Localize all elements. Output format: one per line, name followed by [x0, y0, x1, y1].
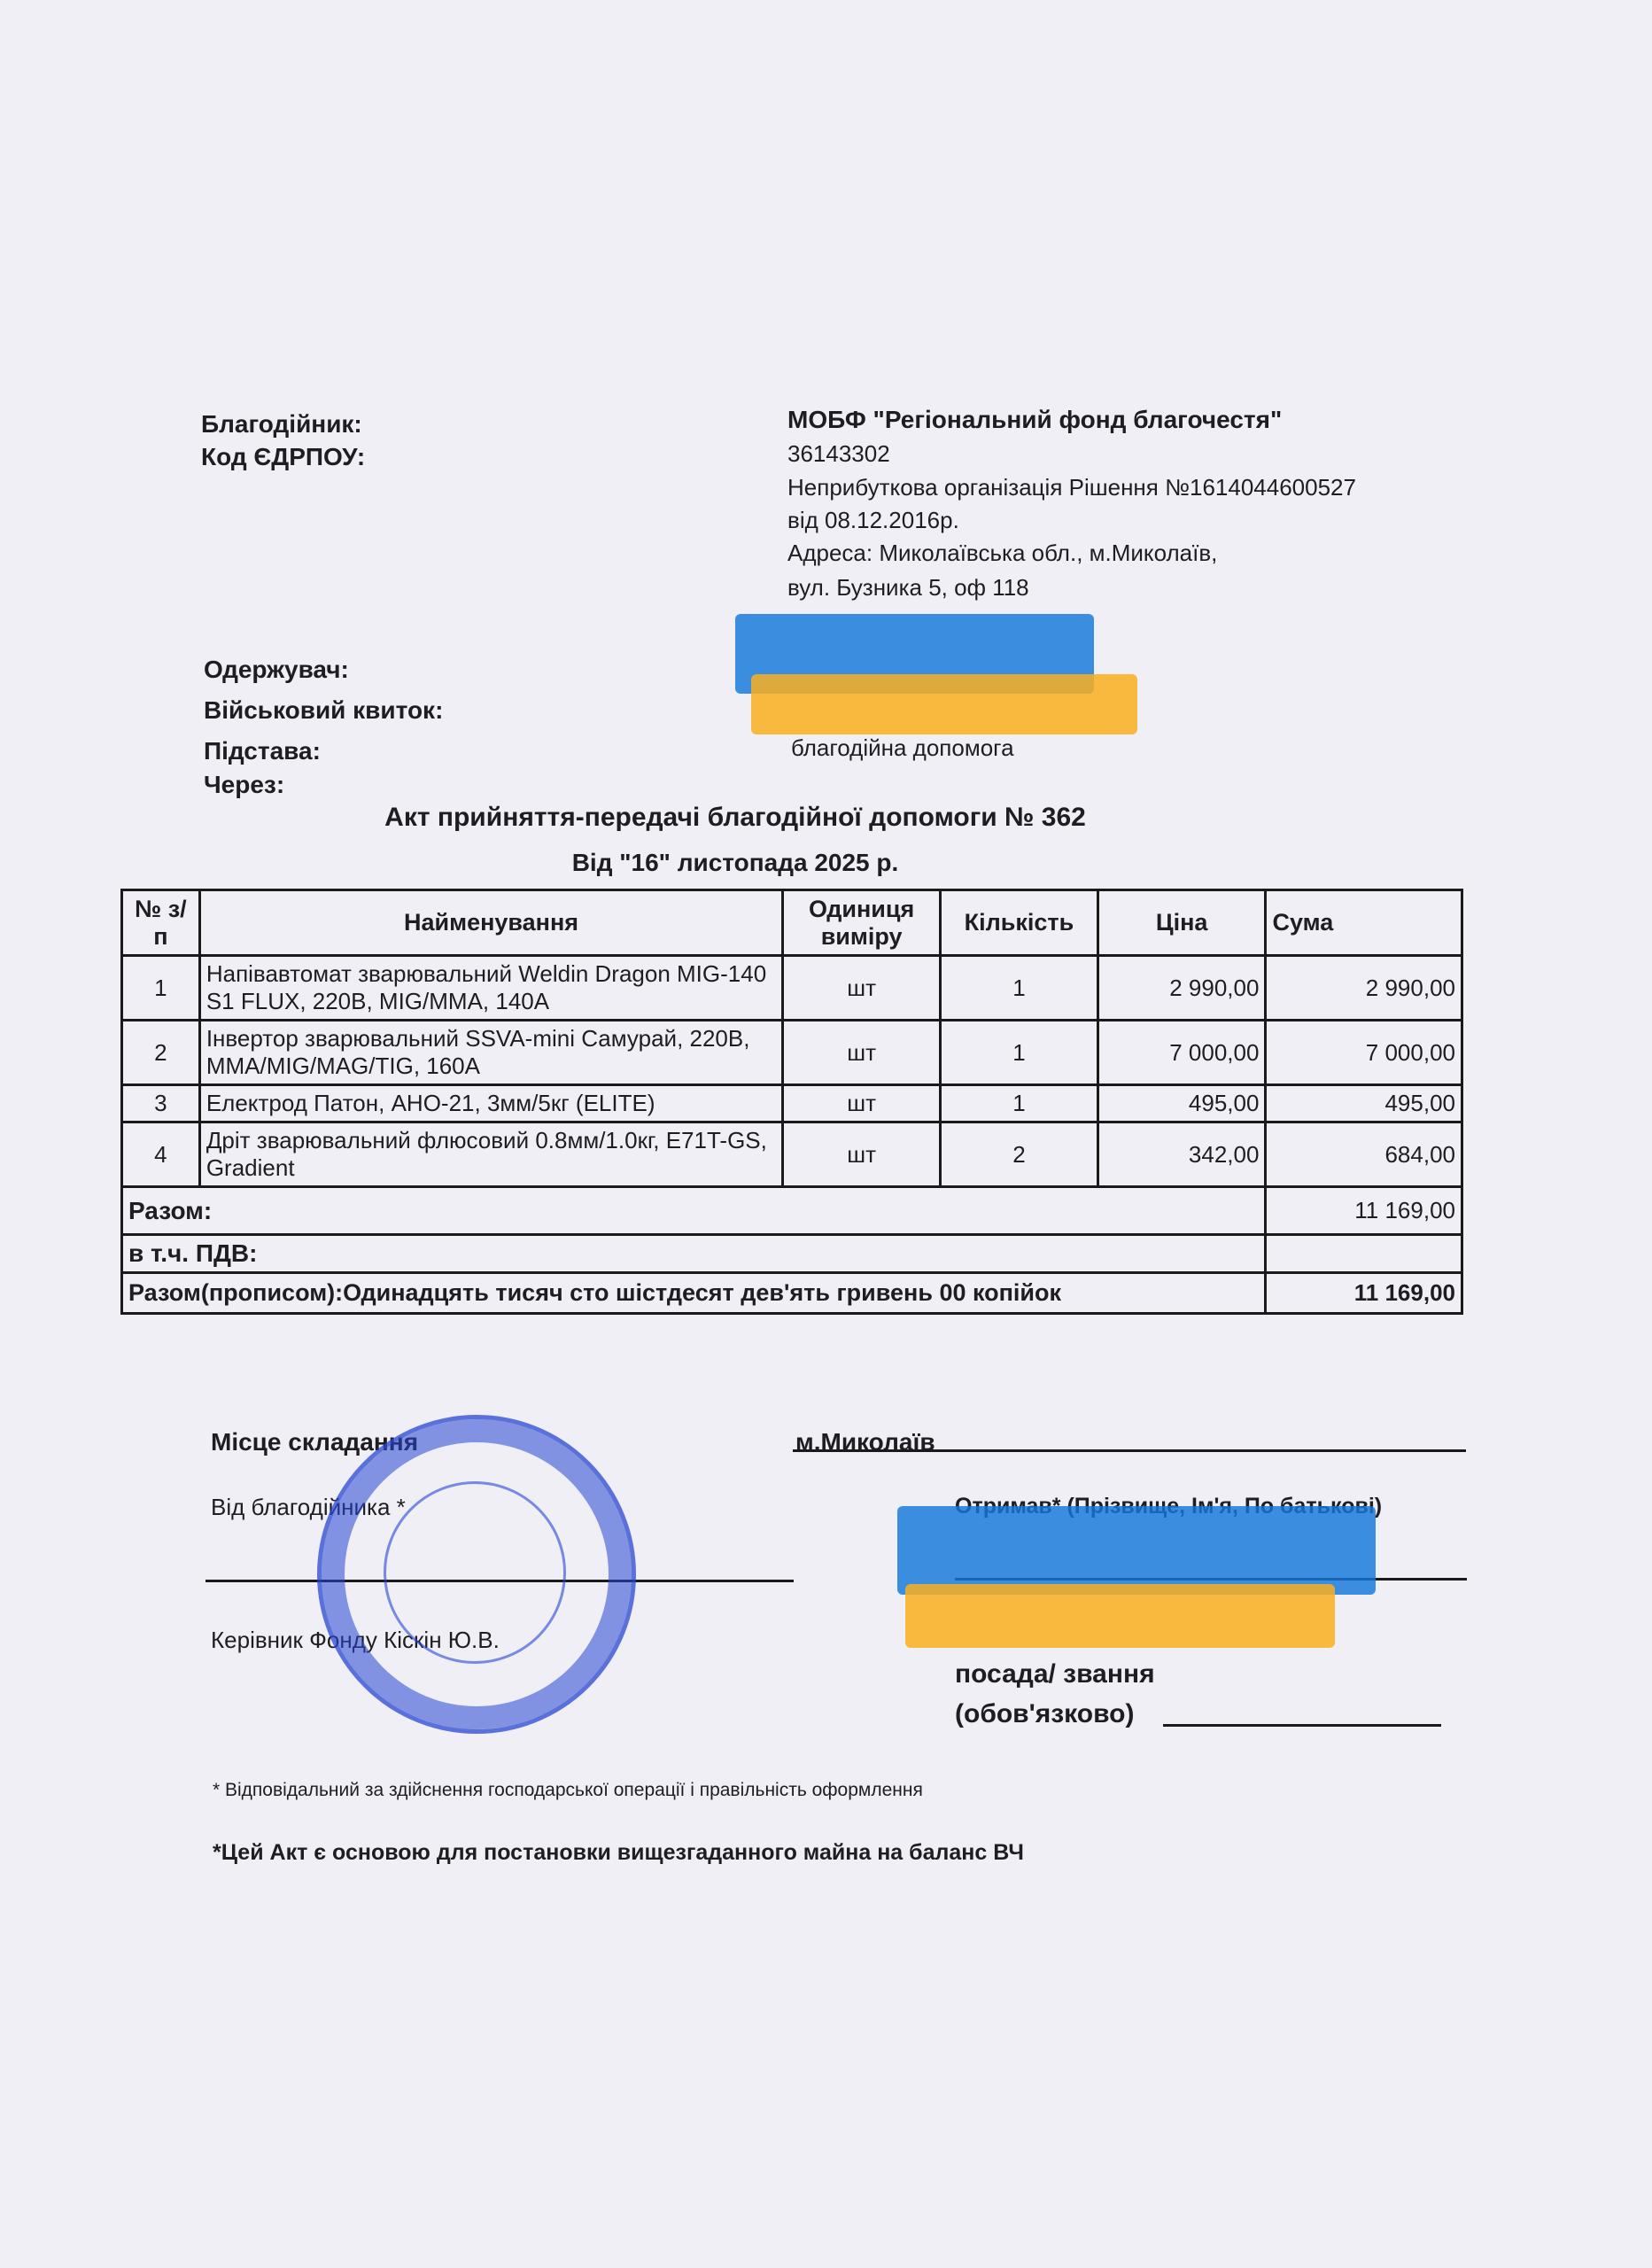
- total-row: Разом: 11 169,00: [122, 1187, 1462, 1235]
- donor-label: Благодійник:: [201, 410, 362, 439]
- place-value: м.Миколаїв: [795, 1428, 935, 1456]
- vat-label: в т.ч. ПДВ:: [122, 1235, 1266, 1273]
- cell-unit: шт: [783, 1021, 941, 1085]
- cell-quantity: 1: [941, 1085, 1098, 1122]
- items-table: № з/п Найменування Одиниця виміру Кількі…: [120, 889, 1463, 1315]
- cell-sum: 7 000,00: [1266, 1021, 1462, 1085]
- cell-quantity: 1: [941, 956, 1098, 1021]
- received-name-redaction: [905, 1584, 1335, 1648]
- table-row: 2 Інвертор зварювальний SSVA-mini Самура…: [122, 1021, 1462, 1085]
- col-header-quantity: Кількість: [941, 890, 1098, 956]
- table-row: 3 Електрод Патон, АНО-21, 3мм/5кг (ELITE…: [122, 1085, 1462, 1122]
- organization-stamp: [317, 1415, 636, 1734]
- cell-unit: шт: [783, 956, 941, 1021]
- recipient-signature-redaction: [897, 1506, 1376, 1595]
- cell-number: 2: [122, 1021, 200, 1085]
- table-header-row: № з/п Найменування Одиниця виміру Кількі…: [122, 890, 1462, 956]
- donor-status-line2: від 08.12.2016р.: [787, 507, 959, 534]
- total-value: 11 169,00: [1266, 1187, 1462, 1235]
- total-words-value: 11 169,00: [1266, 1273, 1462, 1314]
- cell-price: 495,00: [1097, 1085, 1266, 1122]
- position-underline: [1163, 1724, 1441, 1727]
- cell-name: Інвертор зварювальний SSVA-mini Самурай,…: [199, 1021, 782, 1085]
- act-date: Від "16" листопада 2025 р.: [0, 849, 1470, 877]
- cell-sum: 2 990,00: [1266, 956, 1462, 1021]
- cell-number: 4: [122, 1122, 200, 1187]
- col-header-name: Найменування: [199, 890, 782, 956]
- total-words-row: Разом(прописом):Одинадцять тисяч сто шіс…: [122, 1273, 1462, 1314]
- cell-unit: шт: [783, 1122, 941, 1187]
- footnote-basis: *Цей Акт є основою для постановки вищезг…: [213, 1840, 1024, 1866]
- cell-name: Напівавтомат зварювальний Weldin Dragon …: [199, 956, 782, 1021]
- cell-quantity: 1: [941, 1021, 1098, 1085]
- cell-number: 3: [122, 1085, 200, 1122]
- cell-name: Дріт зварювальний флюсовий 0.8мм/1.0кг, …: [199, 1122, 782, 1187]
- donor-name: МОБФ "Регіональний фонд благочестя": [787, 406, 1282, 434]
- footnote-responsible: * Відповідальний за здійснення господарс…: [213, 1780, 923, 1801]
- total-label: Разом:: [122, 1187, 1266, 1235]
- cell-sum: 684,00: [1266, 1122, 1462, 1187]
- military-id-redaction: [751, 674, 1137, 734]
- vat-value: [1266, 1235, 1462, 1273]
- col-header-price: Ціна: [1097, 890, 1266, 956]
- place-underline: [793, 1449, 1466, 1452]
- basis-value: благодійна допомога: [791, 734, 1014, 762]
- position-label: посада/ звання: [955, 1659, 1155, 1689]
- act-title: Акт прийняття-передачі благодійної допом…: [0, 803, 1470, 833]
- cell-number: 1: [122, 956, 200, 1021]
- vat-row: в т.ч. ПДВ:: [122, 1235, 1462, 1273]
- cell-price: 342,00: [1097, 1122, 1266, 1187]
- donor-status-line1: Неприбуткова організація Рішення №161404…: [787, 474, 1356, 501]
- cell-sum: 495,00: [1266, 1085, 1462, 1122]
- cell-unit: шт: [783, 1085, 941, 1122]
- table-row: 4 Дріт зварювальний флюсовий 0.8мм/1.0кг…: [122, 1122, 1462, 1187]
- table-row: 1 Напівавтомат зварювальний Weldin Drago…: [122, 956, 1462, 1021]
- donor-address-line1: Адреса: Миколаївська обл., м.Миколаїв,: [787, 540, 1217, 567]
- basis-label: Підстава:: [204, 737, 321, 765]
- military-id-label: Військовий квиток:: [204, 696, 443, 725]
- edrpou-label: Код ЄДРПОУ:: [201, 443, 365, 471]
- donor-address-line2: вул. Бузника 5, оф 118: [787, 574, 1029, 602]
- cell-price: 7 000,00: [1097, 1021, 1266, 1085]
- cell-price: 2 990,00: [1097, 956, 1266, 1021]
- col-header-number: № з/п: [122, 890, 200, 956]
- col-header-unit: Одиниця виміру: [783, 890, 941, 956]
- total-words-label: Разом(прописом):Одинадцять тисяч сто шіс…: [122, 1273, 1266, 1314]
- recipient-label: Одержувач:: [204, 656, 349, 684]
- donor-code: 36143302: [787, 440, 890, 468]
- cell-name: Електрод Патон, АНО-21, 3мм/5кг (ELITE): [199, 1085, 782, 1122]
- cell-quantity: 2: [941, 1122, 1098, 1187]
- col-header-sum: Сума: [1266, 890, 1462, 956]
- position-required-label: (обов'язково): [955, 1699, 1134, 1729]
- via-label: Через:: [204, 771, 284, 799]
